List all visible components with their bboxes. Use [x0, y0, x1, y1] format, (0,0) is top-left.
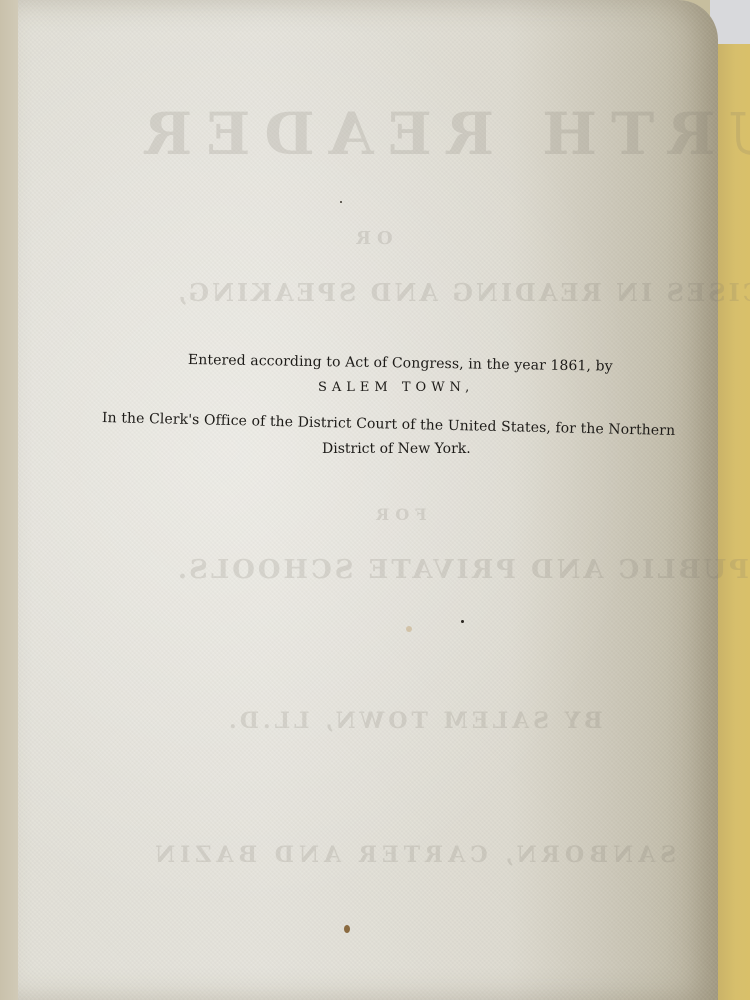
show-through-for: FOR: [370, 505, 427, 524]
copyright-line-author: SALEM TOWN,: [318, 380, 474, 395]
show-through-subtitle: EXERCISES IN READING AND SPEAKING,: [175, 278, 750, 307]
foxing-stain: [406, 626, 412, 632]
foxing-spot: [344, 925, 350, 933]
show-through-schools: PUBLIC AND PRIVATE SCHOOLS.: [175, 555, 749, 585]
ink-speck: [340, 201, 342, 203]
show-through-author: BY SALEM TOWN, LL.D.: [225, 708, 603, 734]
ink-speck: [461, 620, 464, 623]
page-block-edge: [714, 44, 750, 1000]
copyright-line-district: District of New York.: [322, 441, 471, 457]
show-through-title: FOURTH READER: [130, 100, 750, 168]
show-through-or: OR: [350, 228, 393, 249]
show-through-publisher: SANBORN, CARTER AND BAZIN: [150, 842, 676, 868]
